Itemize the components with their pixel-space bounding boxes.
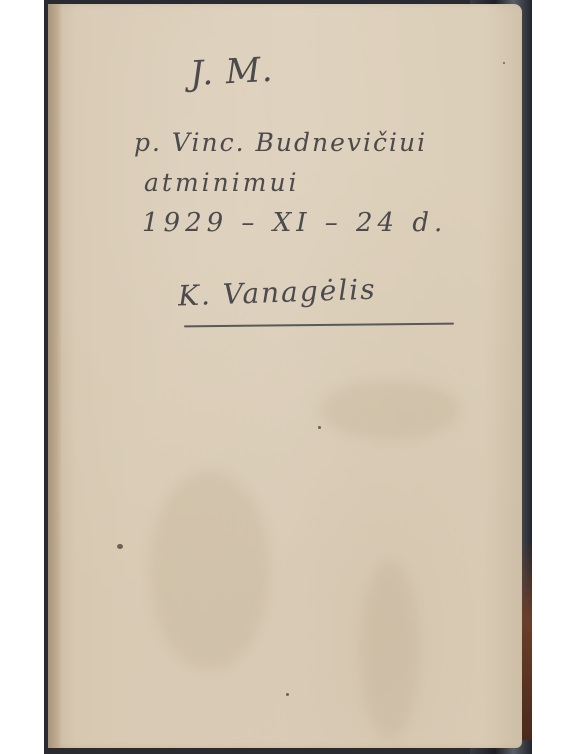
inscription-date: 1929 – XI – 24 d. (142, 208, 447, 238)
handwritten-inscription: J. M. p. Vinc. Budnevičiui atminimui 192… (0, 0, 580, 754)
inscription-recipient: p. Vinc. Budnevičiui (134, 128, 427, 157)
inscription-dedication: atminimui (144, 168, 300, 197)
inscription-signature: K. Vanagėlis (177, 273, 377, 313)
inscription-salutation: J. M. (189, 50, 274, 94)
signature-underline (184, 323, 454, 328)
